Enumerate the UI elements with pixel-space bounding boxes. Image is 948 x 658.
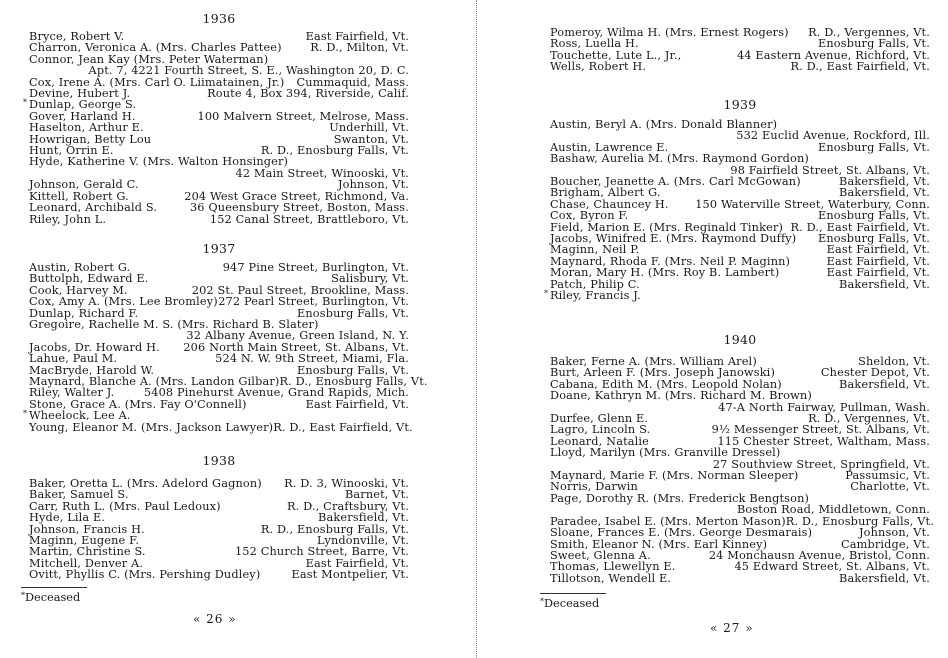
section-1939: 1939 Austin, Beryl A. (Mrs. Donald Blann… (550, 98, 930, 302)
alumni-entry: Gregoire, Rachelle M. S. (Mrs. Richard B… (29, 319, 409, 342)
alumni-name: Wheelock, Lee A. (29, 410, 131, 421)
alumni-entry: Bashaw, Aurelia M. (Mrs. Raymond Gordon)… (550, 153, 930, 176)
footnote: *Deceased (21, 591, 80, 604)
alumni-entry: Connor, Jean Kay (Mrs. Peter Waterman)Ap… (29, 54, 409, 77)
year-heading: 1939 (550, 98, 930, 112)
section-1937: 1937 Austin, Robert G.947 Pine Street, B… (29, 242, 409, 433)
alumni-name: Lahue, Paul M. (29, 353, 117, 364)
alumni-name: Riley, John L. (29, 214, 106, 225)
alumni-entry: Tillotson, Wendell E.Bakersfield, Vt. (550, 573, 930, 584)
alumni-address: 45 Edward Street, St. Albans, Vt. (734, 561, 930, 572)
alumni-name: Sloane, Frances E. (Mrs. George Desmarai… (550, 527, 812, 538)
alumni-address: R. D., East Fairfield, Vt. (273, 422, 413, 433)
page-number: « 26 » (193, 612, 237, 626)
alumni-name: Moran, Mary H. (Mrs. Roy B. Lambert) (550, 267, 779, 278)
alumni-address: Enosburg Falls, Vt. (818, 142, 930, 153)
alumni-address: 152 Canal Street, Brattleboro, Vt. (210, 214, 409, 225)
alumni-name: Riley, Francis J. (550, 290, 641, 301)
alumni-entry: Johnson, Gerald C.Johnson, Vt. (29, 179, 409, 190)
alumni-address: 272 Pearl Street, Burlington, Vt. (218, 296, 409, 307)
section-1936: 1936 Bryce, Robert V.East Fairfield, Vt.… (29, 12, 409, 225)
section-1938: 1938 Baker, Oretta L. (Mrs. Adelord Gagn… (29, 454, 409, 581)
right-page: Pomeroy, Wilma H. (Mrs. Ernest Rogers)R.… (478, 0, 948, 658)
alumni-entry: Moran, Mary H. (Mrs. Roy B. Lambert)East… (550, 267, 930, 278)
alumni-name: Hyde, Lila E. (29, 512, 105, 523)
alumni-entry: *Riley, Francis J. (550, 290, 930, 301)
footnote-rule (21, 587, 87, 588)
alumni-address: Route 4, Box 394, Riverside, Calif. (207, 88, 409, 99)
alumni-address: Enosburg Falls, Vt. (818, 210, 930, 221)
alumni-address: R. D., East Fairfield, Vt. (790, 61, 930, 72)
section-1940: 1940 Baker, Ferne A. (Mrs. William Arel)… (550, 333, 930, 584)
alumni-entry: Austin, Beryl A. (Mrs. Donald Blanner)53… (550, 119, 930, 142)
year-heading: 1936 (29, 12, 409, 26)
alumni-entry: Young, Eleanor M. (Mrs. Jackson Lawyer)R… (29, 422, 409, 433)
alumni-address: Johnson, Vt. (338, 179, 409, 190)
deceased-asterisk: * (544, 288, 548, 299)
alumni-entry: Cox, Amy A. (Mrs. Lee Bromley)272 Pearl … (29, 296, 409, 307)
alumni-name: Cox, Amy A. (Mrs. Lee Bromley) (29, 296, 218, 307)
alumni-entry: Lahue, Paul M.524 N. W. 9th Street, Miam… (29, 353, 409, 364)
alumni-address: East Fairfield, Vt. (827, 267, 930, 278)
alumni-address: R. D., Milton, Vt. (310, 42, 409, 53)
alumni-entry: Wells, Robert H.R. D., East Fairfield, V… (550, 61, 930, 72)
alumni-list: Austin, Beryl A. (Mrs. Donald Blanner)53… (550, 119, 930, 302)
alumni-address: Bakersfield, Vt. (318, 512, 409, 523)
footnote-rule (540, 593, 606, 594)
alumni-address: 36 Queensbury Street, Boston, Mass. (190, 202, 409, 213)
year-heading: 1940 (550, 333, 930, 347)
alumni-name: Wells, Robert H. (550, 61, 646, 72)
alumni-name: Haselton, Arthur E. (29, 122, 144, 133)
alumni-name: Tillotson, Wendell E. (550, 573, 671, 584)
alumni-address: Bakersfield, Vt. (839, 573, 930, 584)
alumni-name: Thomas, Llewellyn E. (550, 561, 676, 572)
left-page: 1936 Bryce, Robert V.East Fairfield, Vt.… (0, 0, 476, 658)
year-heading: 1938 (29, 454, 409, 468)
page-number: « 27 » (710, 621, 754, 635)
alumni-name: Ovitt, Phyllis C. (Mrs. Pershing Dudley) (29, 569, 260, 580)
alumni-name: Johnson, Gerald C. (29, 179, 139, 190)
footnote: *Deceased (540, 597, 599, 610)
alumni-list: Bryce, Robert V.East Fairfield, Vt.Charr… (29, 31, 409, 225)
deceased-asterisk: * (23, 408, 27, 419)
alumni-entry: Thomas, Llewellyn E.45 Edward Street, St… (550, 561, 930, 572)
alumni-entry: Ovitt, Phyllis C. (Mrs. Pershing Dudley)… (29, 569, 409, 580)
alumni-entry: Lloyd, Marilyn (Mrs. Granville Dressel)2… (550, 447, 930, 470)
alumni-address: Bakersfield, Vt. (839, 379, 930, 390)
alumni-entry: Riley, John L.152 Canal Street, Brattleb… (29, 214, 409, 225)
alumni-address: Bakersfield, Vt. (839, 279, 930, 290)
alumni-address: Charlotte, Vt. (850, 481, 930, 492)
alumni-entry: Hyde, Katherine V. (Mrs. Walton Honsinge… (29, 156, 409, 179)
alumni-list: Baker, Ferne A. (Mrs. William Arel)Sheld… (550, 356, 930, 584)
alumni-name: Leonard, Archibald S. (29, 202, 157, 213)
alumni-name: Cox, Byron F. (550, 210, 628, 221)
alumni-entry: Leonard, Archibald S.36 Queensbury Stree… (29, 202, 409, 213)
alumni-list: Austin, Robert G.947 Pine Street, Burlin… (29, 262, 409, 433)
alumni-address: 524 N. W. 9th Street, Miami, Fla. (215, 353, 409, 364)
alumni-entry: Cox, Byron F.Enosburg Falls, Vt. (550, 210, 930, 221)
alumni-entry: *Wheelock, Lee A. (29, 410, 409, 421)
section-1938-continued: Pomeroy, Wilma H. (Mrs. Ernest Rogers)R.… (550, 27, 930, 73)
alumni-entry: Hyde, Lila E.Bakersfield, Vt. (29, 512, 409, 523)
alumni-list: Baker, Oretta L. (Mrs. Adelord Gagnon)R.… (29, 478, 409, 581)
alumni-entry: Sloane, Frances E. (Mrs. George Desmarai… (550, 527, 930, 538)
page-gutter-divider (476, 0, 477, 658)
alumni-address: East Montpelier, Vt. (291, 569, 409, 580)
year-heading: 1937 (29, 242, 409, 256)
alumni-address: Johnson, Vt. (859, 527, 930, 538)
alumni-address: Underhill, Vt. (329, 122, 409, 133)
alumni-list: Pomeroy, Wilma H. (Mrs. Ernest Rogers)R.… (550, 27, 930, 73)
alumni-entry: Page, Dorothy R. (Mrs. Frederick Bengtso… (550, 493, 930, 516)
alumni-entry: Haselton, Arthur E.Underhill, Vt. (29, 122, 409, 133)
alumni-entry: Doane, Kathryn M. (Mrs. Richard M. Brown… (550, 390, 930, 413)
alumni-address: East Fairfield, Vt. (306, 399, 409, 410)
alumni-name: Young, Eleanor M. (Mrs. Jackson Lawyer) (29, 422, 273, 433)
deceased-asterisk: * (23, 97, 27, 108)
